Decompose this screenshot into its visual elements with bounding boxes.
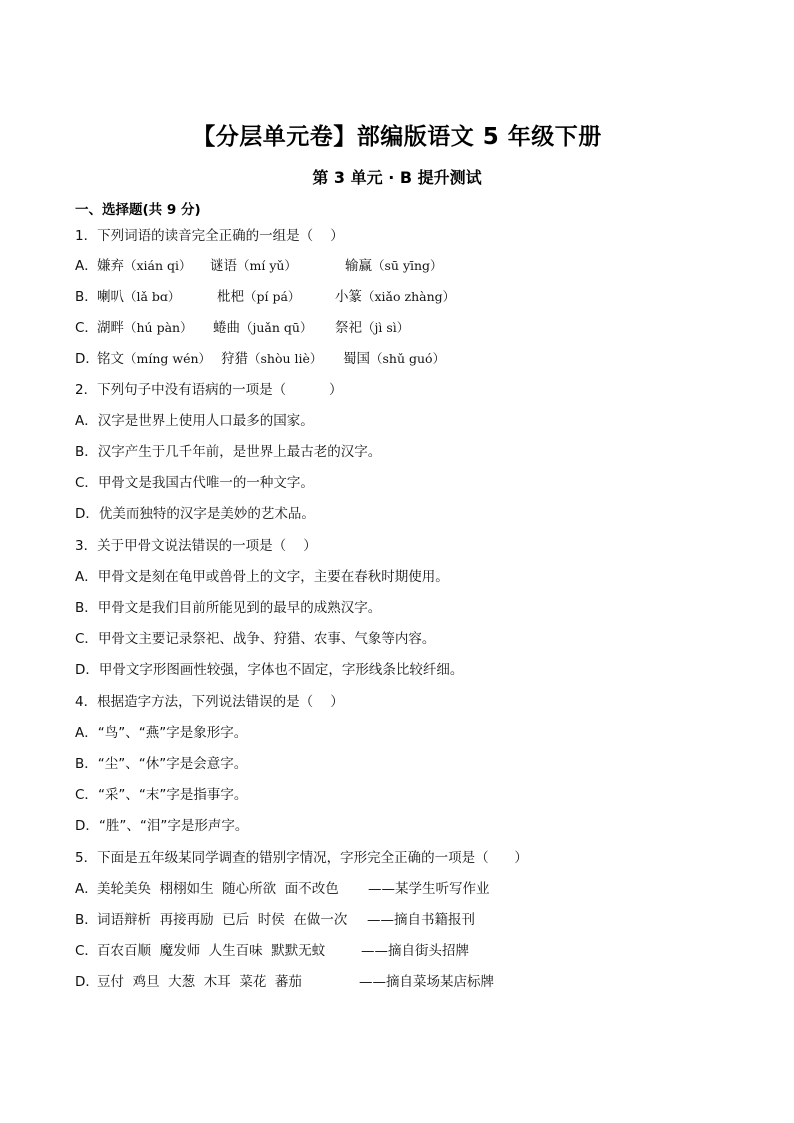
word: 蜷曲 [213, 320, 240, 336]
word: 铭文 [97, 351, 124, 367]
option-source: ——摘自书籍报刊 [367, 911, 475, 929]
section-heading: 一、选择题(共 9 分) [75, 198, 201, 218]
option-label: C． [75, 942, 98, 960]
question-4-option-d: D．“胜”、“泪”字是形声字。 [75, 817, 248, 835]
option-text: 汉字是世界上使用人口最多的国家。 [98, 413, 314, 429]
option-source: ——摘自街头招牌 [361, 942, 469, 960]
question-2-option-d: D．优美而独特的汉字是美妙的艺术品。 [75, 505, 315, 523]
question-5-option-d: D． 豆付 鸡旦 大葱 木耳 菜花 蕃茄 ——摘自菜场某店标牌 [75, 973, 775, 991]
question-number: 4． [75, 694, 97, 710]
question-5-option-c: C． 百农百顺 魔发师 人生百味 默默无蚊 ——摘自街头招牌 [75, 942, 775, 960]
option-label: A． [75, 569, 98, 585]
option-text: 豆付 鸡旦 大葱 木耳 菜花 蕃茄 [97, 973, 302, 991]
option-label: B． [75, 444, 98, 460]
option-text: 优美而独特的汉字是美妙的艺术品。 [99, 506, 315, 522]
question-5-stem: 5．下面是五年级某同学调查的错别字情况，字形完全正确的一项是（ ） [75, 849, 528, 867]
word: 枇杷 [217, 289, 244, 305]
option-text: 甲骨文是我们目前所能见到的最早的成熟汉字。 [98, 600, 382, 616]
question-1-option-c: C． 湖畔（hú pàn） 蜷曲（juǎn qū） 祭祀（jì sì） [75, 319, 775, 337]
question-number: 3． [75, 538, 97, 554]
option-label: D． [75, 662, 99, 678]
question-4-option-a: A．“鸟”、“燕”字是象形字。 [75, 724, 247, 742]
option-label: B． [75, 600, 98, 616]
pinyin: （sū yīng） [372, 258, 443, 273]
pinyin: （xián qi） [124, 258, 192, 273]
option-text: “尘”、“休”字是会意字。 [98, 756, 247, 772]
option-text: 甲骨文字形图画性较强，字体也不固定，字形线条比较纤细。 [99, 662, 464, 678]
option-label: C． [75, 475, 98, 491]
pinyin: （mí yǔ） [237, 258, 297, 273]
option-label: A． [75, 880, 98, 898]
question-1-stem: 1．下列词语的读音完全正确的一组是（ ） [75, 227, 344, 245]
word: 狩猎 [221, 351, 248, 367]
question-2-stem: 2．下列句子中没有语病的一项是（ ） [75, 381, 343, 399]
question-text: 下列词语的读音完全正确的一组是（ ） [97, 228, 344, 244]
question-text: 根据造字方法，下列说法错误的是（ ） [97, 694, 344, 710]
option-label: A． [75, 257, 98, 275]
option-text: “鸟”、“燕”字是象形字。 [98, 725, 247, 741]
word: 嫌弃 [97, 258, 124, 274]
option-label: A． [75, 725, 98, 741]
word: 蜀国 [343, 351, 370, 367]
question-2-option-c: C．甲骨文是我国古代唯一的一种文字。 [75, 474, 314, 492]
pinyin: （jì sì） [362, 320, 409, 335]
option-label: B． [75, 911, 98, 929]
question-number: 5． [75, 850, 97, 866]
pinyin: （xiǎo zhàng） [362, 289, 455, 304]
question-4-stem: 4．根据造字方法，下列说法错误的是（ ） [75, 693, 344, 711]
question-1-option-d: D． 铭文（míng wén） 狩猎（shòu liè） 蜀国（shǔ guó） [75, 350, 775, 368]
question-3-option-d: D．甲骨文字形图画性较强，字体也不固定，字形线条比较纤细。 [75, 661, 463, 679]
pinyin: （juǎn qū） [240, 320, 312, 335]
word: 祭祀 [335, 320, 362, 336]
option-label: D． [75, 506, 99, 522]
question-2-option-a: A．汉字是世界上使用人口最多的国家。 [75, 412, 314, 430]
pinyin: （míng wén） [124, 351, 211, 366]
option-text: “采”、“末”字是指事字。 [98, 787, 247, 803]
pinyin: （shǔ guó） [370, 351, 445, 366]
option-label: B． [75, 756, 98, 772]
question-1-option-b: B． 喇叭（lǎ bɑ） 枇杷（pí pá） 小篆（xiǎo zhàng） [75, 288, 775, 306]
word: 谜语 [210, 258, 237, 274]
option-text: 百农百顺 魔发师 人生百味 默默无蚊 [97, 942, 325, 960]
question-4-option-b: B．“尘”、“休”字是会意字。 [75, 755, 247, 773]
question-number: 2． [75, 382, 97, 398]
question-text: 下面是五年级某同学调查的错别字情况，字形完全正确的一项是（ ） [97, 850, 528, 866]
option-text: 词语辩析 再接再励 已后 时侯 在做一次 [97, 911, 347, 929]
question-3-option-c: C．甲骨文主要记录祭祀、战争、狩猎、农事、气象等内容。 [75, 630, 435, 648]
question-5-option-b: B． 词语辩析 再接再励 已后 时侯 在做一次 ——摘自书籍报刊 [75, 911, 775, 929]
option-text: 美轮美奂 栩栩如生 随心所欲 面不改色 [97, 880, 339, 898]
option-label: D． [75, 973, 99, 991]
option-label: B． [75, 288, 98, 306]
option-label: D． [75, 818, 99, 834]
question-text: 下列句子中没有语病的一项是（ ） [97, 382, 342, 398]
question-1-option-a: A． 嫌弃（xián qi） 谜语（mí yǔ） 输赢（sū yīng） [75, 257, 775, 275]
document-page: 【分层单元卷】部编版语文 5 年级下册 第 3 单元 · B 提升测试 一、选择… [0, 0, 794, 1123]
option-source: ——摘自菜场某店标牌 [359, 973, 494, 991]
word: 湖畔 [97, 320, 124, 336]
question-4-option-c: C．“采”、“末”字是指事字。 [75, 786, 247, 804]
option-text: “胜”、“泪”字是形声字。 [99, 818, 248, 834]
question-3-stem: 3．关于甲骨文说法错误的一项是（ ） [75, 537, 317, 555]
option-text: 甲骨文是我国古代唯一的一种文字。 [98, 475, 314, 491]
document-title: 【分层单元卷】部编版语文 5 年级下册 [0, 118, 794, 151]
pinyin: （pí pá） [244, 289, 300, 304]
word: 小篆 [335, 289, 362, 305]
option-text: 汉字产生于几千年前，是世界上最古老的汉字。 [98, 444, 382, 460]
option-label: C． [75, 631, 98, 647]
question-3-option-a: A．甲骨文是刻在龟甲或兽骨上的文字，主要在春秋时期使用。 [75, 568, 449, 586]
pinyin: （lǎ bɑ） [124, 289, 180, 304]
option-source: ——某学生听写作业 [368, 880, 490, 898]
option-label: C． [75, 319, 98, 337]
document-subtitle: 第 3 单元 · B 提升测试 [0, 165, 794, 188]
question-5-option-a: A． 美轮美奂 栩栩如生 随心所欲 面不改色 ——某学生听写作业 [75, 880, 775, 898]
question-3-option-b: B．甲骨文是我们目前所能见到的最早的成熟汉字。 [75, 599, 381, 617]
pinyin: （shòu liè） [248, 351, 322, 366]
pinyin: （hú pàn） [124, 320, 193, 335]
option-label: A． [75, 413, 98, 429]
word: 输赢 [345, 258, 372, 274]
word: 喇叭 [97, 289, 124, 305]
option-label: D． [75, 350, 99, 368]
question-2-option-b: B．汉字产生于几千年前，是世界上最古老的汉字。 [75, 443, 381, 461]
question-number: 1． [75, 228, 97, 244]
option-text: 甲骨文是刻在龟甲或兽骨上的文字，主要在春秋时期使用。 [98, 569, 449, 585]
option-label: C． [75, 787, 98, 803]
option-text: 甲骨文主要记录祭祀、战争、狩猎、农事、气象等内容。 [98, 631, 436, 647]
question-text: 关于甲骨文说法错误的一项是（ ） [97, 538, 317, 554]
